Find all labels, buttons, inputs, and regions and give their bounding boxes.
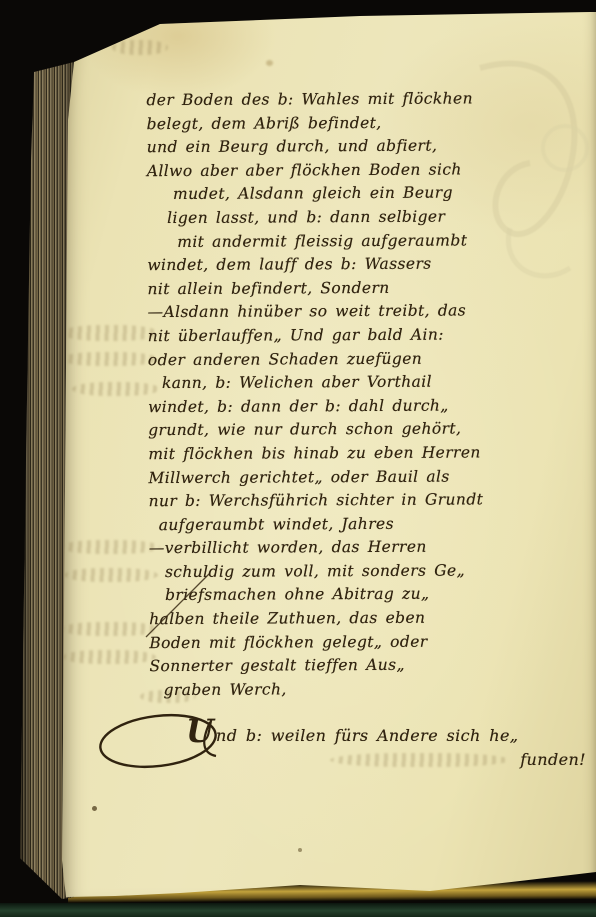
closing-line-1: nd b: weilen fürs Andere sich he„: [216, 726, 519, 745]
manuscript-page: 182 der Boden des b: Wahles mit flöckhen…: [60, 0, 596, 902]
closing-line-2: funden!: [470, 750, 586, 769]
closing-initial: U: [186, 712, 214, 750]
table-surface-band: [0, 903, 596, 917]
manuscript-photo: 182 der Boden des b: Wahles mit flöckhen…: [0, 0, 596, 917]
